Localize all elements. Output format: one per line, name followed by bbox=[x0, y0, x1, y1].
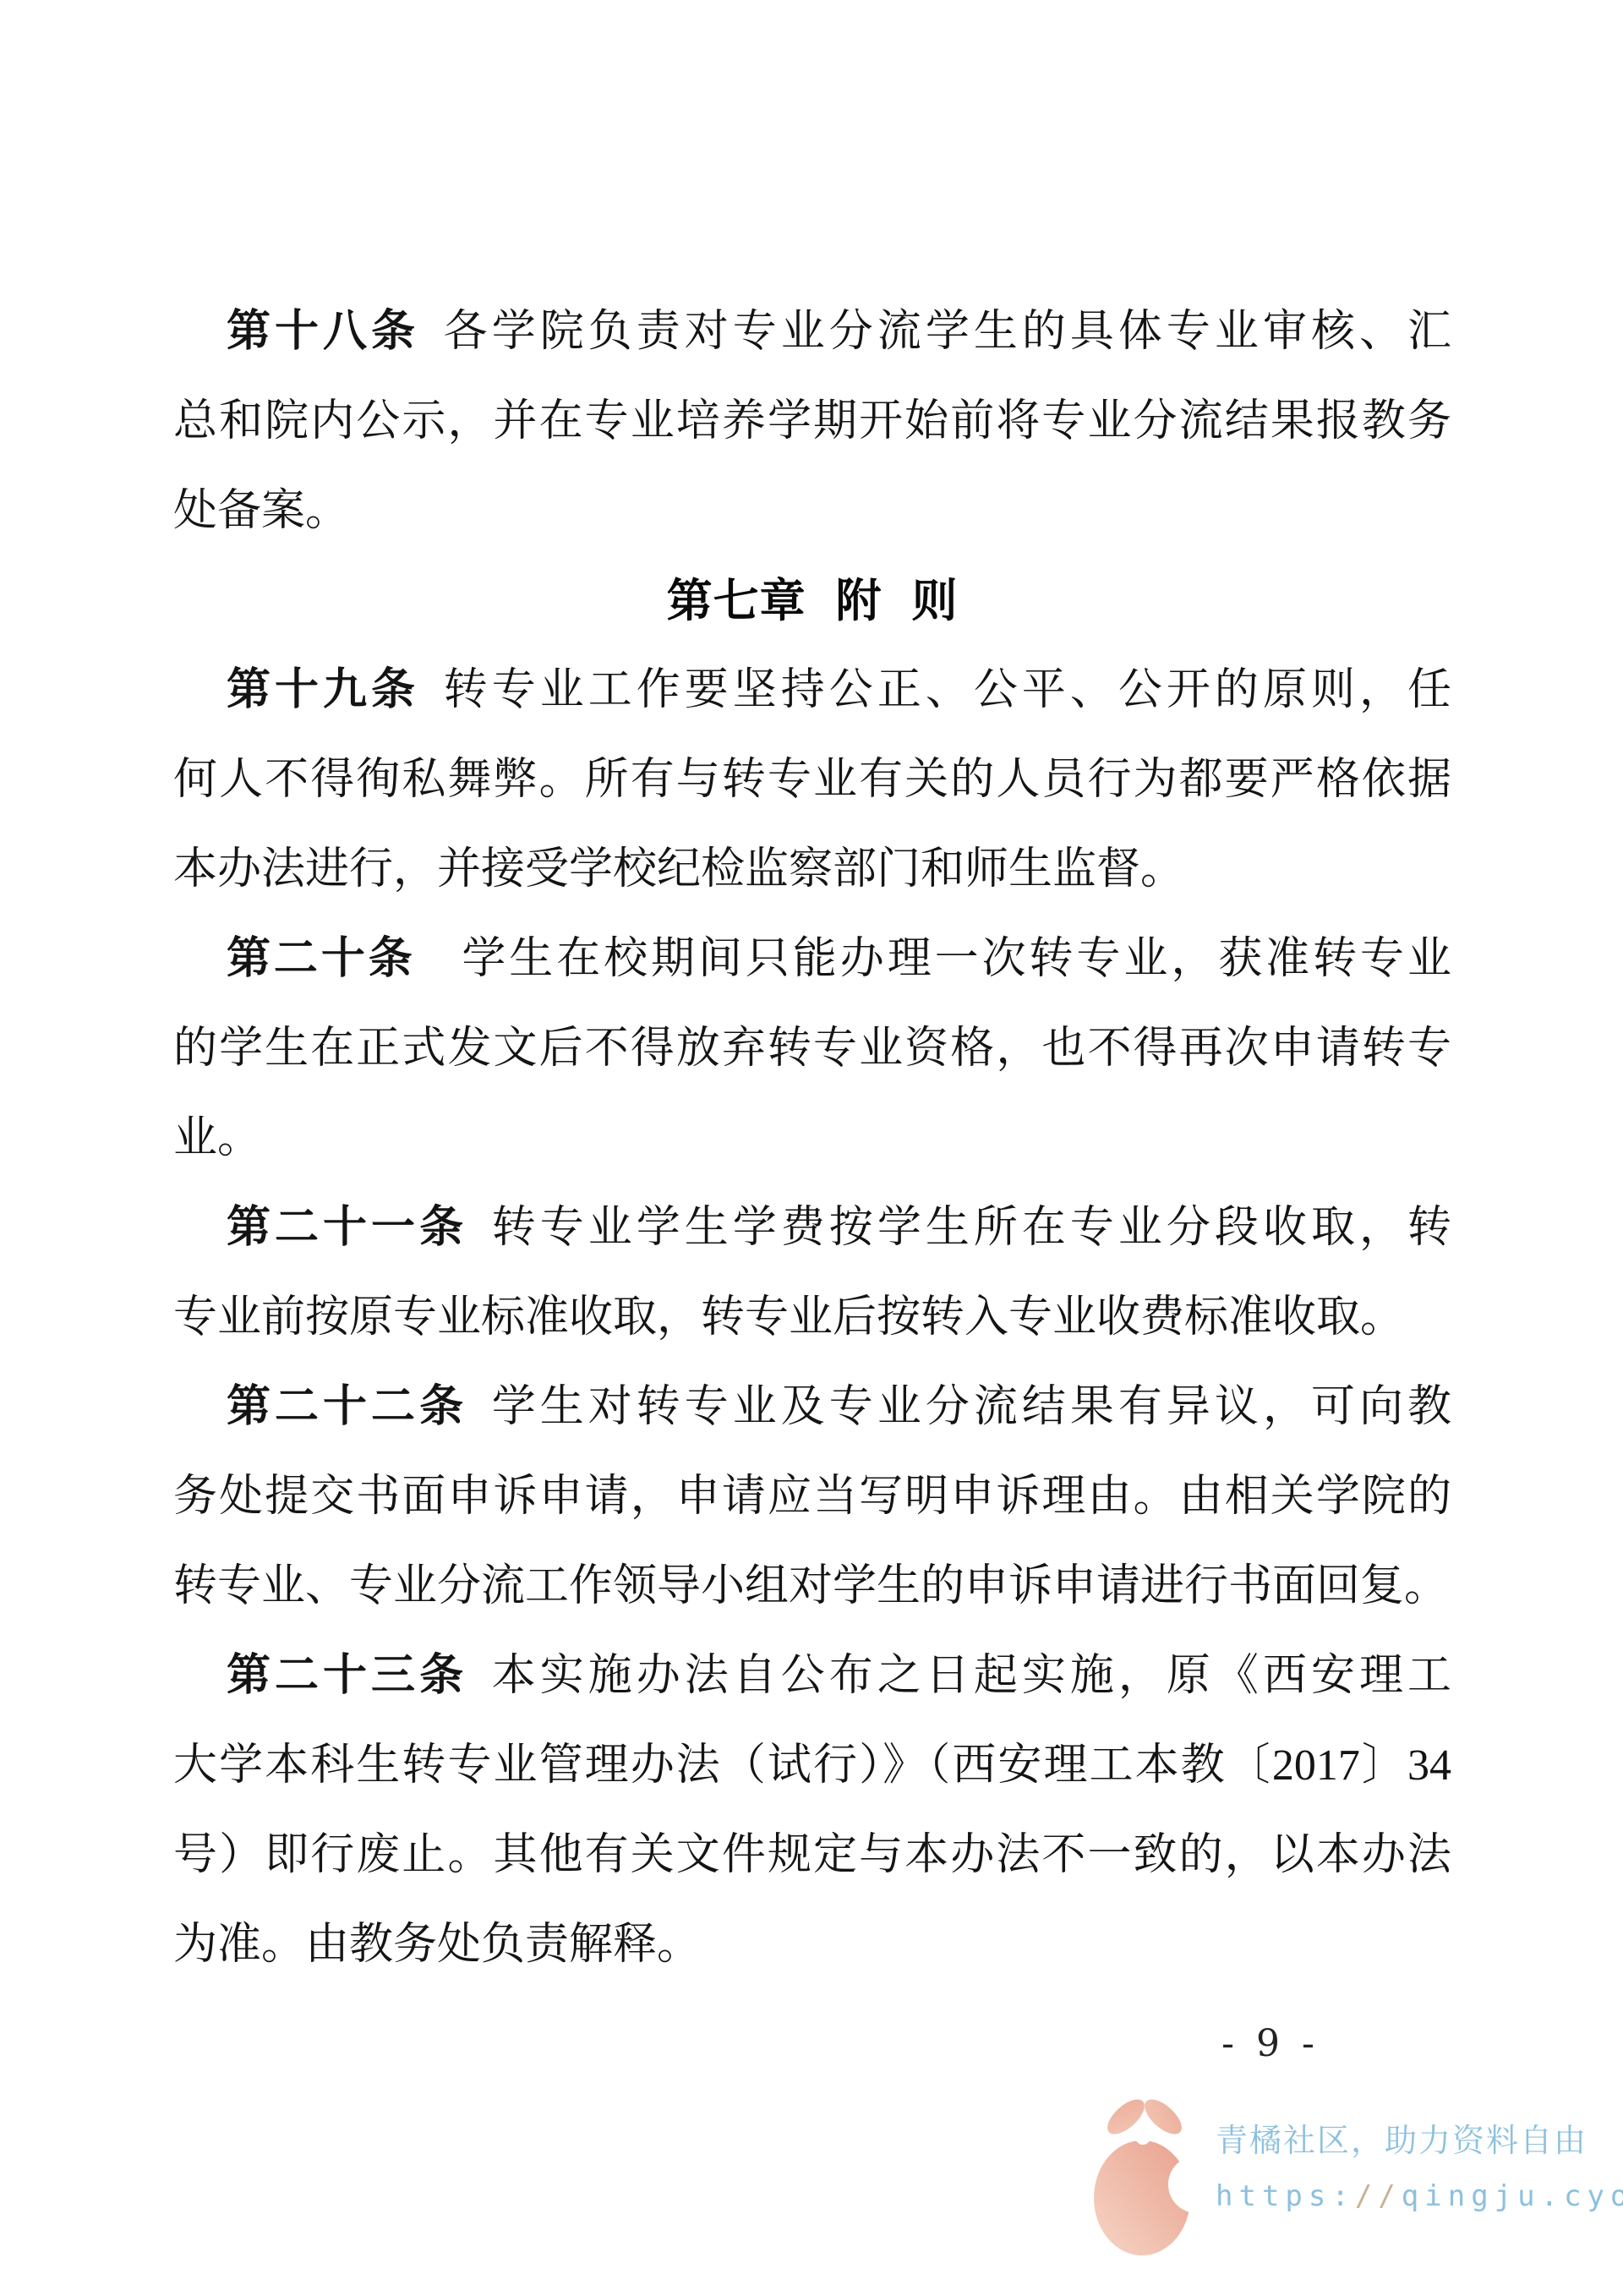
line-text: 总和院内公示，并在专业培养学期开始前将专业分流结果报教务 bbox=[173, 397, 1451, 446]
document-line: 第二十一条转专业学生学费按学生所在专业分段收取，转 bbox=[173, 1184, 1451, 1273]
line-text: 转专业工作要坚持公正、公平、公开的原则，任 bbox=[444, 666, 1451, 714]
line-text: 学生对转专业及专业分流结果有异议，可向教 bbox=[492, 1383, 1451, 1431]
document-body: 第十八条各学院负责对专业分流学生的具体专业审核、汇 总和院内公示，并在专业培养学… bbox=[173, 287, 1451, 1990]
watermark-text: 青橘社区，助力资料自由 https://qingju.cyou bbox=[1216, 2086, 1623, 2255]
document-line: 大学本科生转专业管理办法（试行）》（西安理工本教〔2017〕34 bbox=[173, 1721, 1451, 1811]
line-text: 处备案。 bbox=[173, 487, 349, 535]
url-slashes: // bbox=[1355, 2179, 1402, 2213]
document-line: 的学生在正式发文后不得放弃转专业资格，也不得再次申请转专 bbox=[173, 1004, 1451, 1094]
peach-icon bbox=[1094, 2086, 1197, 2255]
document-line: 总和院内公示，并在专业培养学期开始前将专业分流结果报教务 bbox=[173, 377, 1451, 467]
document-page: { "document": { "chapter_heading": "第七章 … bbox=[0, 0, 1623, 2296]
line-text: 大学本科生转专业管理办法（试行）》（西安理工本教〔2017〕34 bbox=[173, 1741, 1451, 1790]
document-line: 第二十二条学生对转专业及专业分流结果有异议，可向教 bbox=[173, 1363, 1451, 1452]
line-text: 学生在校期间只能办理一次转专业，获准转专业 bbox=[462, 935, 1451, 983]
line-text: 各学院负责对专业分流学生的具体专业审核、汇 bbox=[444, 308, 1451, 356]
document-line: 何人不得徇私舞弊。所有与转专业有关的人员行为都要严格依据 bbox=[173, 735, 1451, 825]
document-line: 号）即行废止。其他有关文件规定与本办法不一致的，以本办法 bbox=[173, 1811, 1451, 1900]
document-line: 为准。由教务处负责解释。 bbox=[173, 1900, 1451, 1990]
document-line: 第二十三条本实施办法自公布之日起实施，原《西安理工 bbox=[173, 1632, 1451, 1721]
line-text: 业。 bbox=[173, 1114, 261, 1162]
line-text: 务处提交书面申诉申请，申请应当写明申诉理由。由相关学院的 bbox=[173, 1473, 1451, 1521]
line-text: 本办法进行，并接受学校纪检监察部门和师生监督。 bbox=[173, 845, 1184, 894]
page-number: - 9 - bbox=[1182, 2022, 1359, 2065]
document-line: 专业前按原专业标准收取，转专业后按转入专业收费标准收取。 bbox=[173, 1273, 1451, 1363]
line-text: 号）即行废止。其他有关文件规定与本办法不一致的，以本办法 bbox=[173, 1831, 1451, 1879]
document-line: 第十八条各学院负责对专业分流学生的具体专业审核、汇 bbox=[173, 287, 1451, 377]
document-line: 第十九条转专业工作要坚持公正、公平、公开的原则，任 bbox=[173, 646, 1451, 735]
document-line: 转专业、专业分流工作领导小组对学生的申诉申请进行书面回复。 bbox=[173, 1542, 1451, 1632]
document-line: 处备案。 bbox=[173, 467, 1451, 556]
document-line: 业。 bbox=[173, 1094, 1451, 1184]
line-text: 转专业、专业分流工作领导小组对学生的申诉申请进行书面回复。 bbox=[173, 1562, 1448, 1610]
url-scheme: https: bbox=[1216, 2179, 1355, 2213]
line-text: 专业前按原专业标准收取，转专业后按转入专业收费标准收取。 bbox=[173, 1293, 1404, 1342]
document-line: 务处提交书面申诉申请，申请应当写明申诉理由。由相关学院的 bbox=[173, 1452, 1451, 1542]
url-domain: qingju.cyou bbox=[1402, 2179, 1623, 2213]
watermark-url: https://qingju.cyou bbox=[1216, 2169, 1623, 2223]
document-line: 第二十条学生在校期间只能办理一次转专业，获准转专业 bbox=[173, 915, 1451, 1004]
article-number: 第二十一条 bbox=[227, 1204, 467, 1252]
watermark: 青橘社区，助力资料自由 https://qingju.cyou bbox=[1094, 2086, 1623, 2255]
line-text: 转专业学生学费按学生所在专业分段收取，转 bbox=[492, 1204, 1451, 1252]
article-number: 第二十三条 bbox=[227, 1652, 467, 1700]
line-text: 为准。由教务处负责解释。 bbox=[173, 1921, 701, 1969]
document-line: 本办法进行，并接受学校纪检监察部门和师生监督。 bbox=[173, 825, 1451, 915]
article-number: 第十八条 bbox=[227, 308, 419, 356]
article-number: 第二十条 bbox=[227, 935, 416, 983]
line-text: 本实施办法自公布之日起实施，原《西安理工 bbox=[492, 1652, 1451, 1700]
line-text: 何人不得徇私舞弊。所有与转专业有关的人员行为都要严格依据 bbox=[173, 756, 1451, 804]
article-number: 第十九条 bbox=[227, 666, 419, 714]
article-number: 第二十二条 bbox=[227, 1383, 467, 1431]
watermark-slogan: 青橘社区，助力资料自由 bbox=[1216, 2113, 1623, 2169]
chapter-heading: 第七章 附 则 bbox=[173, 556, 1451, 646]
line-text: 的学生在正式发文后不得放弃转专业资格，也不得再次申请转专 bbox=[173, 1025, 1451, 1073]
